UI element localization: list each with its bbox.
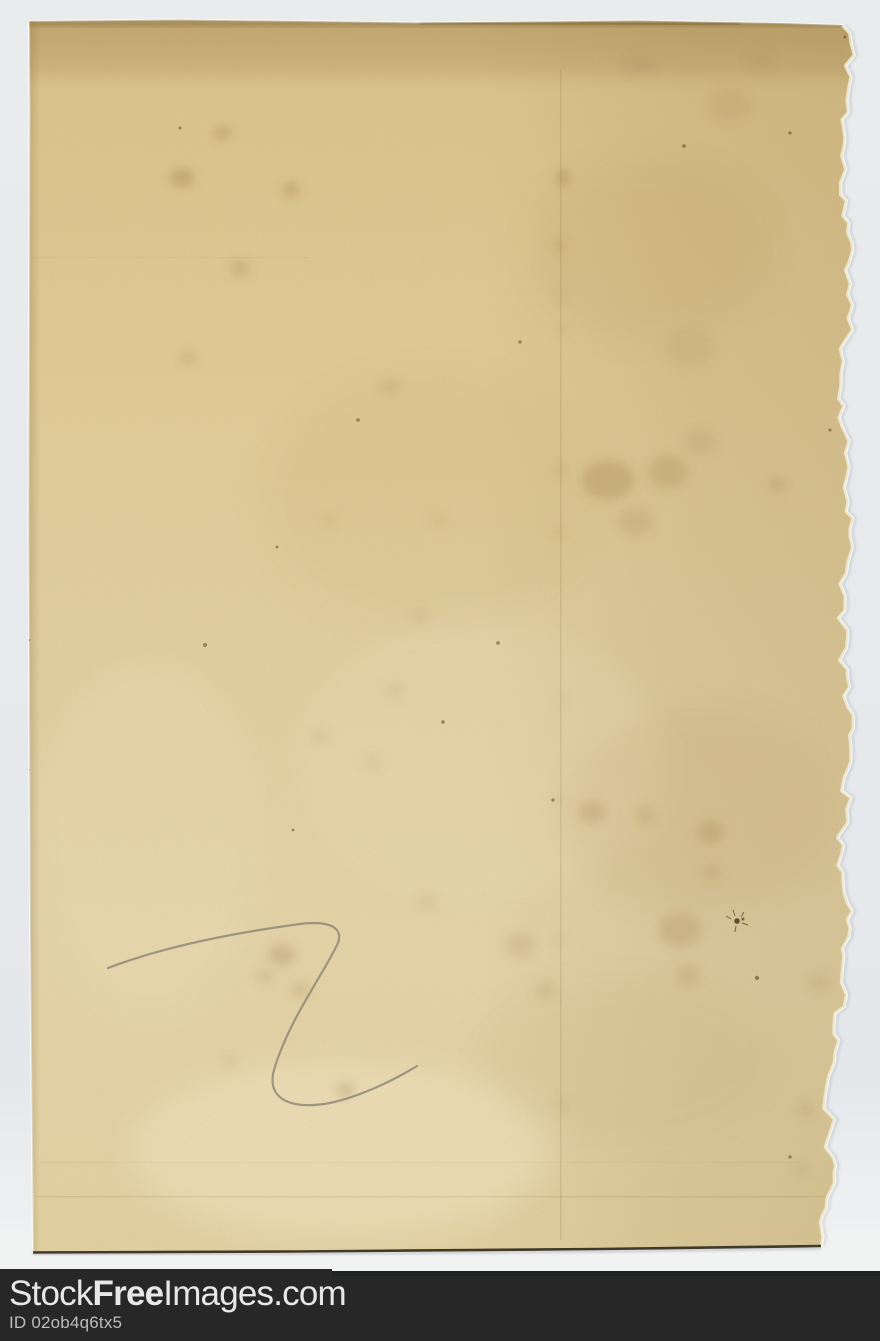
watermark-logo-stock: Stock xyxy=(9,1274,93,1313)
screenshot-root: StockFreeImages.com ID 02ob4q6tx5 xyxy=(0,0,880,1341)
watermark-image-id: ID 02ob4q6tx5 xyxy=(9,1313,880,1333)
vintage-paper-photo xyxy=(0,0,880,1272)
watermark-logo: StockFreeImages.com xyxy=(9,1276,880,1312)
watermark-bar-notch xyxy=(0,1269,332,1272)
watermark-logo-free: Free xyxy=(93,1274,164,1313)
paper-photo-canvas xyxy=(0,0,880,1272)
paper-grain xyxy=(0,0,880,1272)
watermark-logo-images: Images.com xyxy=(163,1274,346,1313)
watermark-bar: StockFreeImages.com ID 02ob4q6tx5 xyxy=(0,1271,880,1341)
